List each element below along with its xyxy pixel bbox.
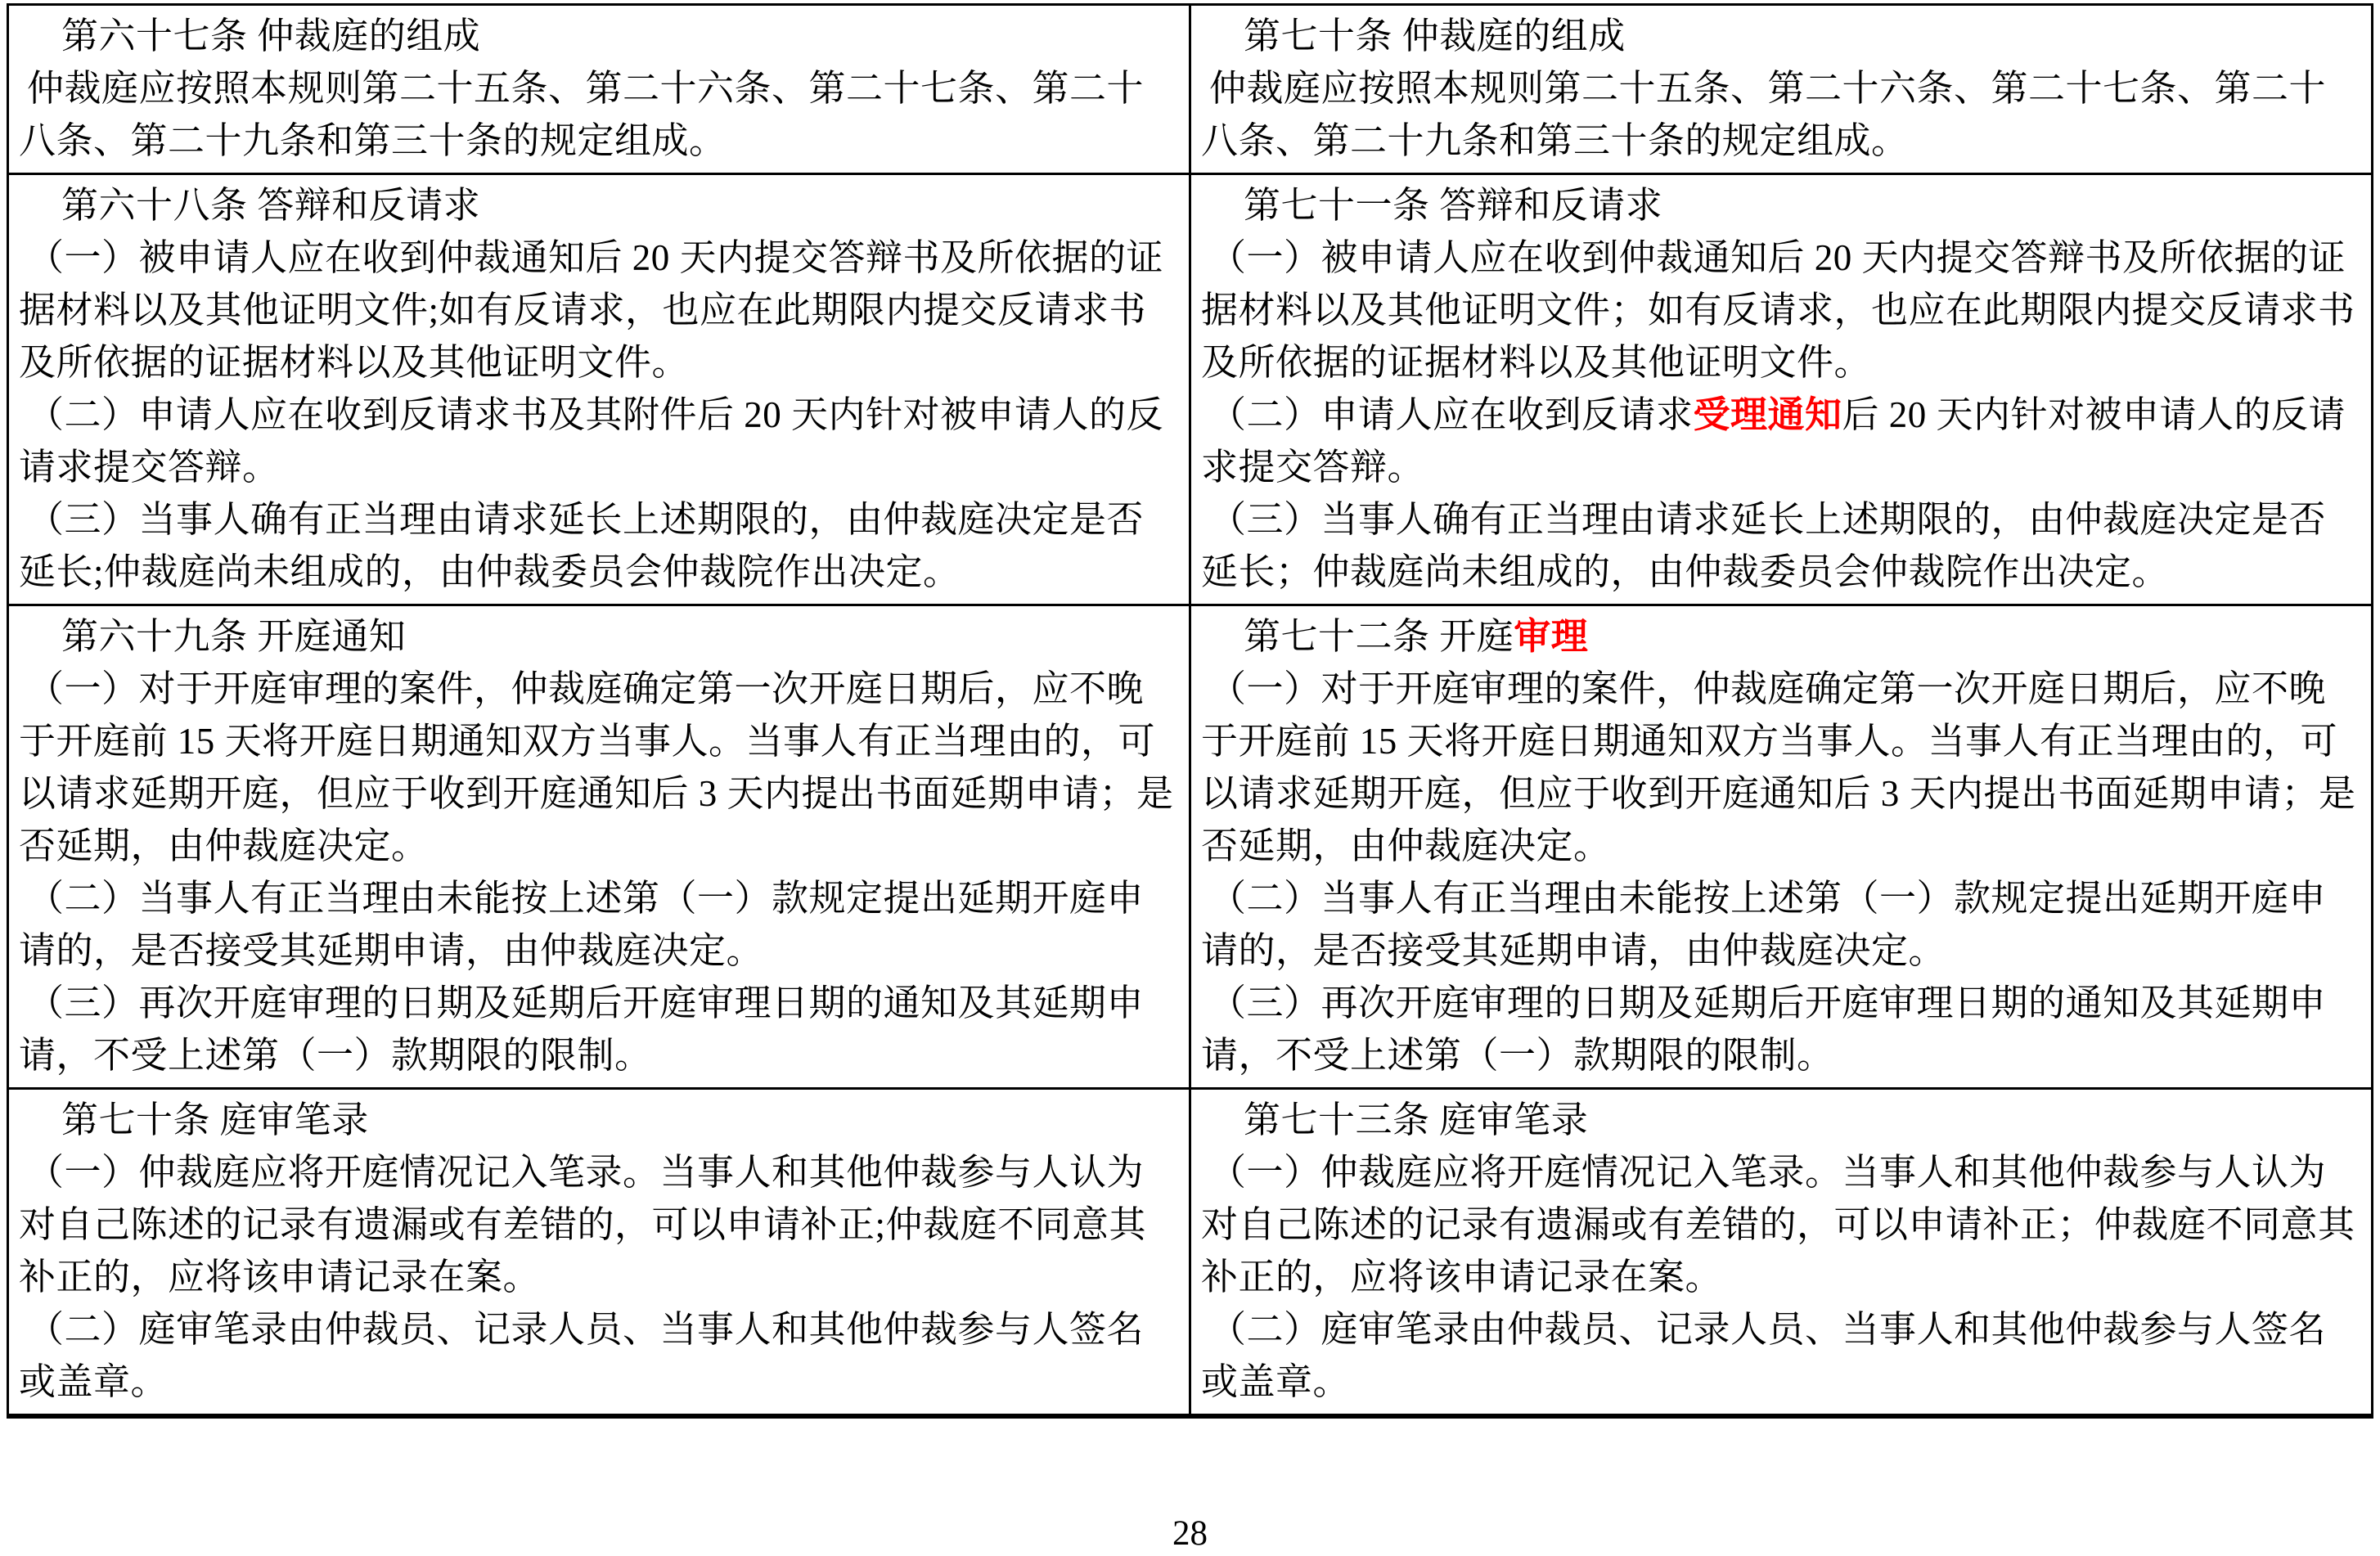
text-segment: （一）被申请人应在收到仲裁通知后 20 天内提交答辩书及所依据的证据材料以及其他… xyxy=(19,237,1163,383)
text-segment: 仲裁庭应按照本规则第二十五条、第二十六条、第二十七条、第二十八条、第二十九条和第… xyxy=(19,68,1144,161)
article-paragraph: （三）再次开庭审理的日期及延期后开庭审理日期的通知及其延期申请，不受上述第（一）… xyxy=(1201,977,2363,1082)
document-page: { "colors": { "highlight_red": "#ff0000"… xyxy=(0,0,2380,1556)
article-title: 第七十三条 庭审笔录 xyxy=(1201,1094,2363,1146)
text-segment: 第六十九条 开庭通知 xyxy=(61,616,406,657)
text-segment: （二）当事人有正当理由未能按上述第（一）款规定提出延期开庭申请的，是否接受其延期… xyxy=(19,878,1144,971)
article-cell-right: 第七十二条 开庭审理（一）对于开庭审理的案件，仲裁庭确定第一次开庭日期后，应不晚… xyxy=(1190,605,2373,1089)
text-segment: （二）申请人应在收到反请求书及其附件后 20 天内针对被申请人的反请求提交答辩。 xyxy=(19,394,1163,488)
comparison-table: 第六十七条 仲裁庭的组成仲裁庭应按照本规则第二十五条、第二十六条、第二十七条、第… xyxy=(7,3,2373,1419)
text-segment: （二）庭审笔录由仲裁员、记录人员、当事人和其他仲裁参与人签名或盖章。 xyxy=(19,1309,1144,1402)
article-cell-right: 第七十一条 答辩和反请求（一）被申请人应在收到仲裁通知后 20 天内提交答辩书及… xyxy=(1190,174,2373,605)
text-segment: 第六十七条 仲裁庭的组成 xyxy=(61,16,480,56)
article-paragraph: （三）当事人确有正当理由请求延长上述期限的，由仲裁庭决定是否延长;仲裁庭尚未组成… xyxy=(19,493,1181,598)
article-paragraph: （三）再次开庭审理的日期及延期后开庭审理日期的通知及其延期申请，不受上述第（一）… xyxy=(19,977,1181,1082)
text-segment: 第六十八条 答辩和反请求 xyxy=(61,185,480,226)
text-segment: （二）申请人应在收到反请求 xyxy=(1209,394,1694,435)
text-segment: （一）仲裁庭应将开庭情况记入笔录。当事人和其他仲裁参与人认为对自己陈述的记录有遗… xyxy=(1201,1152,2355,1297)
text-segment: （一）对于开庭审理的案件，仲裁庭确定第一次开庭日期后，应不晚于开庭前 15 天将… xyxy=(19,668,1174,866)
article-cell-right: 第七十条 仲裁庭的组成仲裁庭应按照本规则第二十五条、第二十六条、第二十七条、第二… xyxy=(1190,5,2373,174)
text-segment: 第七十条 庭审笔录 xyxy=(61,1100,369,1140)
article-cell-left: 第六十九条 开庭通知（一）对于开庭审理的案件，仲裁庭确定第一次开庭日期后，应不晚… xyxy=(8,605,1190,1089)
revised-text: 审理 xyxy=(1514,616,1588,657)
article-paragraph: （二）当事人有正当理由未能按上述第（一）款规定提出延期开庭申请的，是否接受其延期… xyxy=(19,872,1181,977)
article-paragraph: （一）仲裁庭应将开庭情况记入笔录。当事人和其他仲裁参与人认为对自己陈述的记录有遗… xyxy=(1201,1146,2363,1303)
article-paragraph: （一）对于开庭审理的案件，仲裁庭确定第一次开庭日期后，应不晚于开庭前 15 天将… xyxy=(1201,663,2363,872)
text-segment: 第七十条 仲裁庭的组成 xyxy=(1244,16,1626,56)
article-paragraph: （一）仲裁庭应将开庭情况记入笔录。当事人和其他仲裁参与人认为对自己陈述的记录有遗… xyxy=(19,1146,1181,1303)
article-cell-left: 第六十八条 答辩和反请求（一）被申请人应在收到仲裁通知后 20 天内提交答辩书及… xyxy=(8,174,1190,605)
text-segment: （二）当事人有正当理由未能按上述第（一）款规定提出延期开庭申请的，是否接受其延期… xyxy=(1201,878,2326,971)
article-paragraph: （三）当事人确有正当理由请求延长上述期限的，由仲裁庭决定是否延长；仲裁庭尚未组成… xyxy=(1201,493,2363,598)
article-cell-right: 第七十三条 庭审笔录（一）仲裁庭应将开庭情况记入笔录。当事人和其他仲裁参与人认为… xyxy=(1190,1089,2373,1417)
article-paragraph: 仲裁庭应按照本规则第二十五条、第二十六条、第二十七条、第二十八条、第二十九条和第… xyxy=(1201,62,2363,167)
article-paragraph: 仲裁庭应按照本规则第二十五条、第二十六条、第二十七条、第二十八条、第二十九条和第… xyxy=(19,62,1181,167)
text-segment: 第七十一条 答辩和反请求 xyxy=(1244,185,1662,226)
text-segment: （三）当事人确有正当理由请求延长上述期限的，由仲裁庭决定是否延长;仲裁庭尚未组成… xyxy=(19,499,1144,592)
article-title: 第七十一条 答辩和反请求 xyxy=(1201,179,2363,232)
page-number: 28 xyxy=(0,1513,2380,1554)
article-title: 第六十七条 仲裁庭的组成 xyxy=(19,10,1181,62)
article-title: 第七十条 仲裁庭的组成 xyxy=(1201,10,2363,62)
table-body: 第六十七条 仲裁庭的组成仲裁庭应按照本规则第二十五条、第二十六条、第二十七条、第… xyxy=(8,5,2373,1417)
article-paragraph: （二）当事人有正当理由未能按上述第（一）款规定提出延期开庭申请的，是否接受其延期… xyxy=(1201,872,2363,977)
revised-text: 受理通知 xyxy=(1694,394,1842,435)
table-row: 第七十条 庭审笔录（一）仲裁庭应将开庭情况记入笔录。当事人和其他仲裁参与人认为对… xyxy=(8,1089,2373,1417)
article-title: 第六十八条 答辩和反请求 xyxy=(19,179,1181,232)
article-cell-left: 第七十条 庭审笔录（一）仲裁庭应将开庭情况记入笔录。当事人和其他仲裁参与人认为对… xyxy=(8,1089,1190,1417)
text-segment: 第七十二条 开庭 xyxy=(1244,616,1514,657)
text-segment: （三）再次开庭审理的日期及延期后开庭审理日期的通知及其延期申请，不受上述第（一）… xyxy=(19,983,1144,1076)
article-paragraph: （二）申请人应在收到反请求受理通知后 20 天内针对被申请人的反请求提交答辩。 xyxy=(1201,389,2363,493)
article-title: 第六十九条 开庭通知 xyxy=(19,610,1181,663)
article-paragraph: （二）申请人应在收到反请求书及其附件后 20 天内针对被申请人的反请求提交答辩。 xyxy=(19,389,1181,493)
article-paragraph: （二）庭审笔录由仲裁员、记录人员、当事人和其他仲裁参与人签名或盖章。 xyxy=(1201,1303,2363,1408)
article-paragraph: （一）被申请人应在收到仲裁通知后 20 天内提交答辩书及所依据的证据材料以及其他… xyxy=(1201,232,2363,389)
text-segment: （一）仲裁庭应将开庭情况记入笔录。当事人和其他仲裁参与人认为对自己陈述的记录有遗… xyxy=(19,1152,1146,1297)
text-segment: （三）当事人确有正当理由请求延长上述期限的，由仲裁庭决定是否延长；仲裁庭尚未组成… xyxy=(1201,499,2326,592)
text-segment: （三）再次开庭审理的日期及延期后开庭审理日期的通知及其延期申请，不受上述第（一）… xyxy=(1201,983,2326,1076)
table-row: 第六十八条 答辩和反请求（一）被申请人应在收到仲裁通知后 20 天内提交答辩书及… xyxy=(8,174,2373,605)
text-segment: 仲裁庭应按照本规则第二十五条、第二十六条、第二十七条、第二十八条、第二十九条和第… xyxy=(1201,68,2326,161)
article-title: 第七十条 庭审笔录 xyxy=(19,1094,1181,1146)
article-cell-left: 第六十七条 仲裁庭的组成仲裁庭应按照本规则第二十五条、第二十六条、第二十七条、第… xyxy=(8,5,1190,174)
article-paragraph: （一）被申请人应在收到仲裁通知后 20 天内提交答辩书及所依据的证据材料以及其他… xyxy=(19,232,1181,389)
text-segment: （一）被申请人应在收到仲裁通知后 20 天内提交答辩书及所依据的证据材料以及其他… xyxy=(1201,237,2355,383)
table-row: 第六十七条 仲裁庭的组成仲裁庭应按照本规则第二十五条、第二十六条、第二十七条、第… xyxy=(8,5,2373,174)
article-title: 第七十二条 开庭审理 xyxy=(1201,610,2363,663)
text-segment: （一）对于开庭审理的案件，仲裁庭确定第一次开庭日期后，应不晚于开庭前 15 天将… xyxy=(1201,668,2356,866)
text-segment: 第七十三条 庭审笔录 xyxy=(1244,1100,1588,1140)
article-paragraph: （一）对于开庭审理的案件，仲裁庭确定第一次开庭日期后，应不晚于开庭前 15 天将… xyxy=(19,663,1181,872)
article-paragraph: （二）庭审笔录由仲裁员、记录人员、当事人和其他仲裁参与人签名或盖章。 xyxy=(19,1303,1181,1408)
table-row: 第六十九条 开庭通知（一）对于开庭审理的案件，仲裁庭确定第一次开庭日期后，应不晚… xyxy=(8,605,2373,1089)
text-segment: （二）庭审笔录由仲裁员、记录人员、当事人和其他仲裁参与人签名或盖章。 xyxy=(1201,1309,2326,1402)
